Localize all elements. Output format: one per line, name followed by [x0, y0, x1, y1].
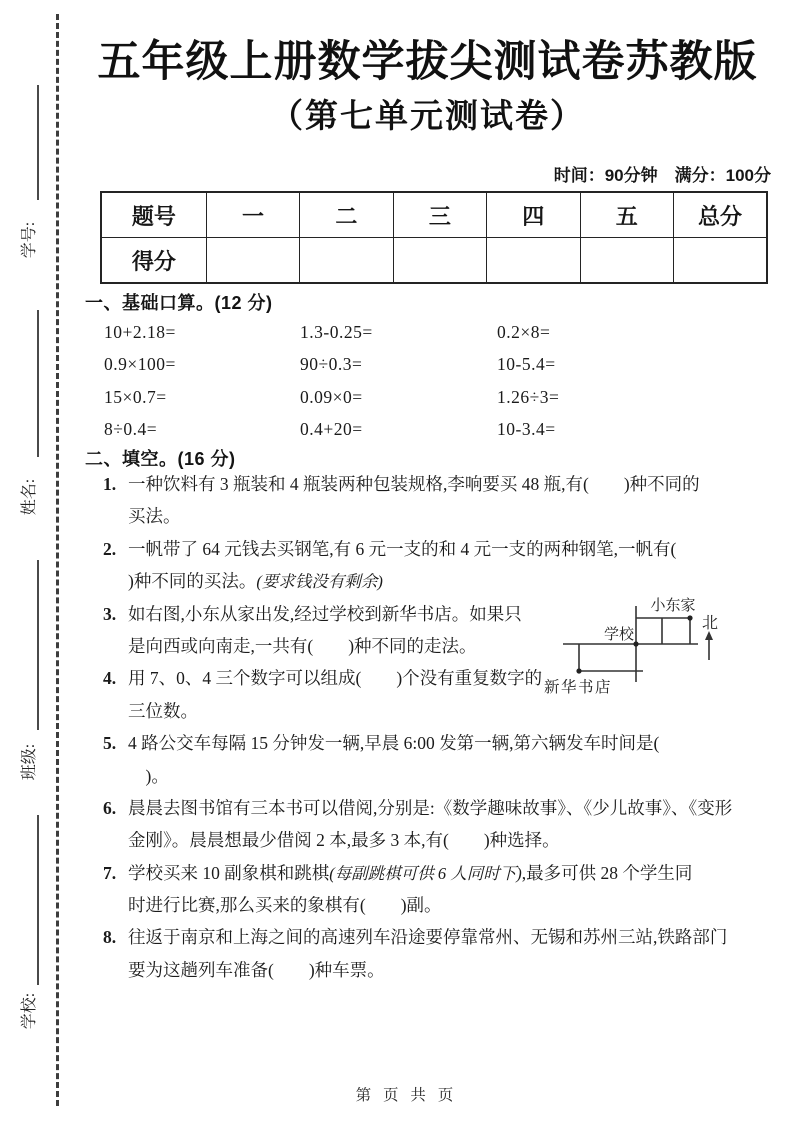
- score-table-header-5: 五: [580, 192, 673, 238]
- question-number: 1.: [103, 468, 116, 500]
- question-number: 3.: [103, 598, 116, 630]
- seal-dashed-line: [56, 14, 59, 1106]
- question-note: (每副跳棋可供 6 人同时下): [329, 864, 522, 883]
- route-diagram: 小东家 学校 新华书店 北: [542, 590, 777, 700]
- question-line: 金刚》。晨晨想最少借阅 2 本,最多 3 本,有( )种选择。: [128, 824, 779, 856]
- question-line: 时进行比赛,那么买来的象棋有( )副。: [128, 889, 779, 921]
- paper-title: 五年级上册数学拔尖测试卷苏教版: [70, 28, 785, 89]
- score-cell: [206, 238, 299, 284]
- score-cell: [300, 238, 393, 284]
- name-label: 姓名:: [20, 469, 40, 525]
- question-line: 学校买来 10 副象棋和跳棋(每副跳棋可供 6 人同时下),最多可供 28 个学…: [128, 857, 779, 889]
- score-table: 题号 一 二 三 四 五 总分 得分: [100, 191, 768, 284]
- bookstore-label: 新华书店: [544, 678, 612, 696]
- score-table-score-row: 得分: [101, 238, 767, 284]
- oral-problem: 10-3.4=: [497, 413, 724, 445]
- question-line: )。: [128, 760, 779, 792]
- oral-problem: 0.4+20=: [300, 413, 497, 445]
- question-number: 2.: [103, 533, 116, 565]
- fill-in-questions: 1. 一种饮料有 3 瓶装和 4 瓶装两种包装规格,李响要买 48 瓶,有( )…: [103, 468, 779, 986]
- question-note: (要求钱没有剩余): [256, 572, 383, 591]
- question-line: 要为这趟列车准备( )种车票。: [128, 954, 779, 986]
- score-table-header-timu: 题号: [101, 192, 206, 238]
- question-number: 6.: [103, 792, 116, 824]
- oral-problem: 0.2×8=: [497, 316, 724, 348]
- question-5: 5. 4 路公交车每隔 15 分钟发一辆,早晨 6:00 发第一辆,第六辆发车时…: [103, 727, 779, 792]
- student-id-label: 学号:: [20, 212, 40, 268]
- score-cell: [487, 238, 580, 284]
- north-arrow-icon: [705, 631, 713, 660]
- score-table-header-row: 题号 一 二 三 四 五 总分: [101, 192, 767, 238]
- oral-problem: 8÷0.4=: [104, 413, 300, 445]
- oral-problem: 1.3-0.25=: [300, 316, 497, 348]
- score-cell: [580, 238, 673, 284]
- oral-problem: 15×0.7=: [104, 381, 300, 413]
- oral-problem: 90÷0.3=: [300, 348, 497, 380]
- question-line: 晨晨去图书馆有三本书可以借阅,分别是:《数学趣味故事》、《少儿故事》、《变形: [128, 792, 779, 824]
- school-label: 学校:: [20, 983, 40, 1039]
- question-text: )种不同的买法。: [128, 571, 256, 591]
- north-label: 北: [702, 614, 718, 632]
- question-number: 4.: [103, 662, 116, 694]
- question-text: 学校买来 10 副象棋和跳棋: [128, 863, 329, 883]
- class-blank-line: [37, 560, 39, 730]
- question-number: 8.: [103, 921, 116, 953]
- score-table-header-3: 三: [393, 192, 486, 238]
- oral-problem: 0.09×0=: [300, 381, 497, 413]
- route-grid-lines: [563, 606, 698, 682]
- question-2: 2. 一帆带了 64 元钱去买钢笔,有 6 元一支的和 4 元一支的两种钢笔,一…: [103, 533, 779, 598]
- paper-subtitle: （第七单元测试卷）: [70, 90, 785, 137]
- school-label: 学校: [604, 625, 635, 643]
- home-dot: [687, 615, 692, 620]
- question-6: 6. 晨晨去图书馆有三本书可以借阅,分别是:《数学趣味故事》、《少儿故事》、《变…: [103, 792, 779, 857]
- question-number: 5.: [103, 727, 116, 759]
- oral-problem: 0.9×100=: [104, 348, 300, 380]
- score-cell: [393, 238, 486, 284]
- name-blank-line: [37, 310, 39, 457]
- question-number: 7.: [103, 857, 116, 889]
- question-1: 1. 一种饮料有 3 瓶装和 4 瓶装两种包装规格,李响要买 48 瓶,有( )…: [103, 468, 779, 533]
- section-1-heading: 一、基础口算。(12 分): [85, 289, 273, 315]
- score-table-header-4: 四: [487, 192, 580, 238]
- question-7: 7. 学校买来 10 副象棋和跳棋(每副跳棋可供 6 人同时下),最多可供 28…: [103, 857, 779, 922]
- bookstore-dot: [576, 668, 581, 673]
- question-line: 一帆带了 64 元钱去买钢笔,有 6 元一支的和 4 元一支的两种钢笔,一帆有(: [128, 533, 779, 565]
- oral-problem: 10+2.18=: [104, 316, 300, 348]
- score-row-label: 得分: [101, 238, 206, 284]
- question-line: 往返于南京和上海之间的高速列车沿途要停靠常州、无锡和苏州三站,铁路部门: [128, 921, 779, 953]
- question-8: 8. 往返于南京和上海之间的高速列车沿途要停靠常州、无锡和苏州三站,铁路部门 要…: [103, 921, 779, 986]
- school-blank-line: [37, 815, 39, 985]
- oral-problem: 10-5.4=: [497, 348, 724, 380]
- class-label: 班级:: [20, 734, 40, 790]
- home-label: 小东家: [650, 597, 695, 614]
- question-line: 一种饮料有 3 瓶装和 4 瓶装两种包装规格,李响要买 48 瓶,有( )种不同…: [128, 468, 779, 500]
- question-line: 4 路公交车每隔 15 分钟发一辆,早晨 6:00 发第一辆,第六辆发车时间是(: [128, 727, 779, 759]
- oral-problem: 1.26÷3=: [497, 381, 724, 413]
- time-score-info: 时间：90分钟 满分：100分: [554, 161, 771, 186]
- question-line: 买法。: [128, 500, 779, 532]
- score-table-header-2: 二: [300, 192, 393, 238]
- student-id-blank-line: [37, 85, 39, 200]
- score-cell: [673, 238, 767, 284]
- school-dot: [633, 641, 638, 646]
- page-footer: 第 页 共 页: [20, 1083, 793, 1105]
- question-text: ,最多可供 28 个学生同: [522, 863, 693, 883]
- oral-arithmetic-grid: 10+2.18= 1.3-0.25= 0.2×8= 0.9×100= 90÷0.…: [104, 316, 724, 446]
- test-paper-page: 学号: 姓名: 班级: 学校: 五年级上册数学拔尖测试卷苏教版 （第七单元测试卷…: [0, 0, 793, 1122]
- score-table-header-1: 一: [206, 192, 299, 238]
- score-table-header-total: 总分: [673, 192, 767, 238]
